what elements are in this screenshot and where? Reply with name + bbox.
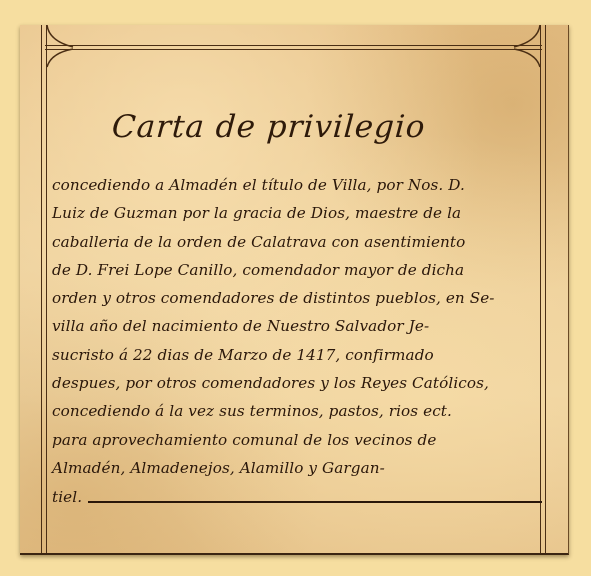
text-line: orden y otros comendadores de distintos … <box>52 284 546 312</box>
closing-fill-rule <box>88 501 542 503</box>
parchment-document: Carta de privilegio concediendo a Almadé… <box>20 25 569 555</box>
text-line: Luiz de Guzman por la gracia de Dios, ma… <box>52 199 546 227</box>
document-body: concediendo a Almadén el título de Villa… <box>52 171 546 511</box>
text-line: Almadén, Almadenejos, Alamillo y Gargan- <box>52 454 546 482</box>
text-line: de D. Frei Lope Canillo, comendador mayo… <box>52 256 546 284</box>
document-title: Carta de privilegio <box>111 109 427 145</box>
text-line: concediendo a Almadén el título de Villa… <box>52 171 546 199</box>
corner-ornament-icon <box>47 25 77 75</box>
frame-left-rule <box>41 25 47 553</box>
text-line: para aprovechamiento comunal de los veci… <box>52 426 546 454</box>
text-line: concediendo á la vez sus terminos, pasto… <box>52 397 546 425</box>
corner-ornament-icon <box>510 25 540 75</box>
text-line-end: tiel. <box>52 483 82 511</box>
text-line: villa año del nacimiento de Nuestro Salv… <box>52 312 546 340</box>
text-line: caballeria de la orden de Calatrava con … <box>52 228 546 256</box>
text-line: despues, por otros comendadores y los Re… <box>52 369 546 397</box>
frame-top-rule <box>45 45 542 50</box>
text-line: sucristo á 22 dias de Marzo de 1417, con… <box>52 341 546 369</box>
text-line-final: tiel. <box>52 482 546 510</box>
